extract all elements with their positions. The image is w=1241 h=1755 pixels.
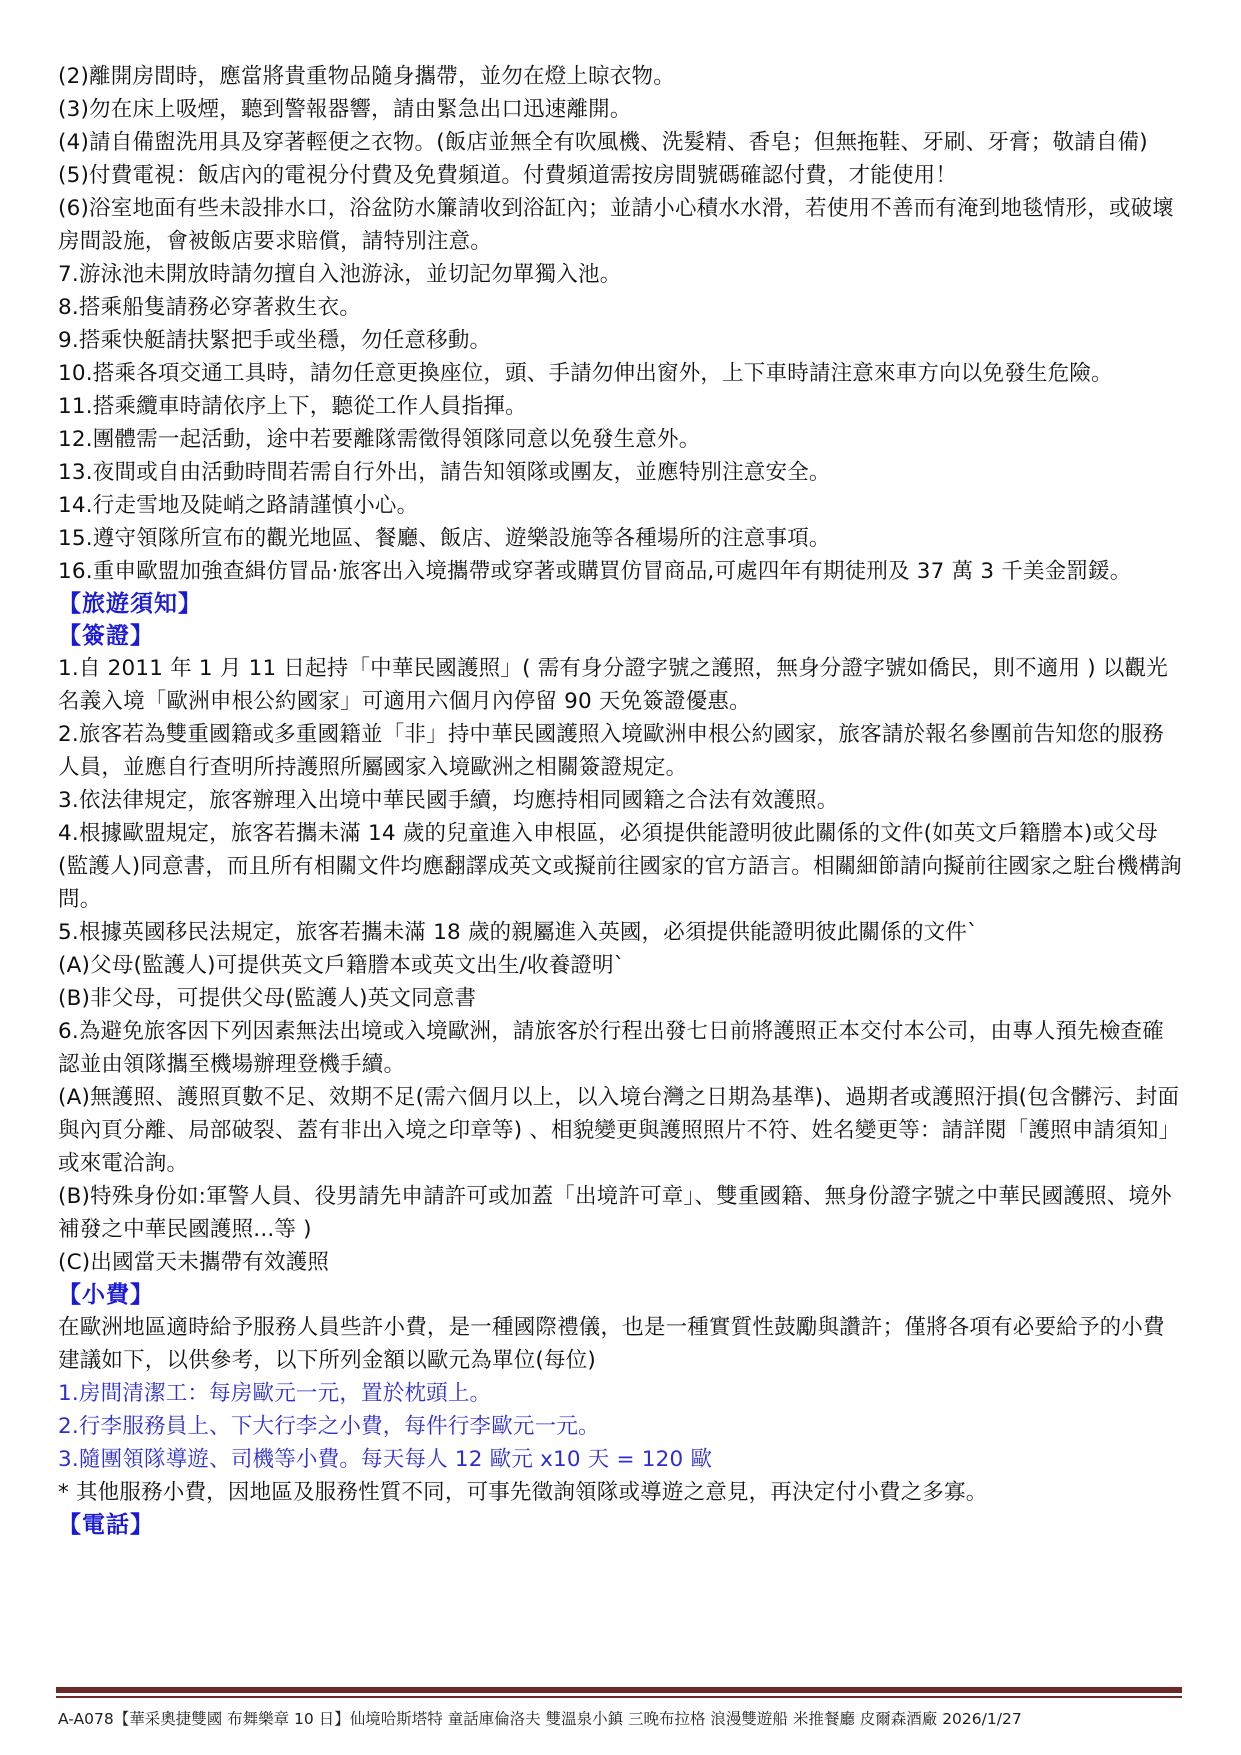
safety-rules-section: 7.游泳池未開放時請勿擅自入池游泳，並切記勿單獨入池。 8.搭乘船隻請務必穿著救…: [58, 258, 1183, 588]
document-page: (2)離開房間時，應當將貴重物品隨身攜帶，並勿在燈上晾衣物。 (3)勿在床上吸煙…: [58, 60, 1183, 1541]
visa-item: 1.自 2011 年 1 月 11 日起持「中華民國護照」( 需有身分證字號之護…: [58, 652, 1183, 718]
hotel-rule: (5)付費電視：飯店內的電視分付費及免費頻道。付費頻道需按房間號碼確認付費，才能…: [58, 159, 1183, 192]
safety-rule: 16.重申歐盟加強查緝仿冒品‧旅客出入境攜帶或穿著或購買仿冒商品,可處四年有期徒…: [58, 555, 1183, 588]
safety-rule: 13.夜間或自由活動時間若需自行外出，請告知領隊或團友，並應特別注意安全。: [58, 456, 1183, 489]
safety-rule: 15.遵守領隊所宣布的觀光地區、餐廳、飯店、遊樂設施等各種場所的注意事項。: [58, 522, 1183, 555]
footer-divider-thin: [56, 1696, 1182, 1698]
visa-item: 6.為避免旅客因下列因素無法出境或入境歐洲，請旅客於行程出發七日前將護照正本交付…: [58, 1015, 1183, 1081]
tip-item: 3.隨團領隊導遊、司機等小費。每天每人 12 歐元 x10 天 = 120 歐: [58, 1443, 1183, 1476]
tips-note: * 其他服務小費，因地區及服務性質不同，可事先徵詢領隊或導遊之意見，再決定付小費…: [58, 1476, 1183, 1509]
visa-heading: 【簽證】: [58, 620, 1183, 652]
visa-item: (A)無護照、護照頁數不足、效期不足(需六個月以上，以入境台灣之日期為基準)、過…: [58, 1081, 1183, 1180]
safety-rule: 9.搭乘快艇請扶緊把手或坐穩，勿任意移動。: [58, 324, 1183, 357]
visa-item: (A)父母(監護人)可提供英文戶籍謄本或英文出生/收養證明`: [58, 949, 1183, 982]
safety-rule: 10.搭乘各項交通工具時，請勿任意更換座位，頭、手請勿伸出窗外，上下車時請注意來…: [58, 357, 1183, 390]
visa-item: (C)出國當天未攜帶有效護照: [58, 1246, 1183, 1279]
visa-item: (B)非父母，可提供父母(監護人)英文同意書: [58, 982, 1183, 1015]
tips-intro: 在歐洲地區適時給予服務人員些許小費，是一種國際禮儀，也是一種實質性鼓勵與讚許；僅…: [58, 1311, 1183, 1377]
hotel-rule: (3)勿在床上吸煙，聽到警報器響，請由緊急出口迅速離開。: [58, 93, 1183, 126]
phone-heading: 【電話】: [58, 1509, 1183, 1541]
footer-divider: [56, 1687, 1182, 1693]
visa-item: 2.旅客若為雙重國籍或多重國籍並「非」持中華民國護照入境歐洲申根公約國家，旅客請…: [58, 718, 1183, 784]
travel-notice-heading: 【旅遊須知】: [58, 588, 1183, 620]
tips-heading: 【小費】: [58, 1279, 1183, 1311]
hotel-rules-section: (2)離開房間時，應當將貴重物品隨身攜帶，並勿在燈上晾衣物。 (3)勿在床上吸煙…: [58, 60, 1183, 258]
visa-item: 3.依法律規定，旅客辦理入出境中華民國手續，均應持相同國籍之合法有效護照。: [58, 784, 1183, 817]
hotel-rule: (2)離開房間時，應當將貴重物品隨身攜帶，並勿在燈上晾衣物。: [58, 60, 1183, 93]
safety-rule: 7.游泳池未開放時請勿擅自入池游泳，並切記勿單獨入池。: [58, 258, 1183, 291]
tips-section: 在歐洲地區適時給予服務人員些許小費，是一種國際禮儀，也是一種實質性鼓勵與讚許；僅…: [58, 1311, 1183, 1509]
visa-section: 1.自 2011 年 1 月 11 日起持「中華民國護照」( 需有身分證字號之護…: [58, 652, 1183, 1279]
visa-item: 4.根據歐盟規定，旅客若攜未滿 14 歲的兒童進入申根區，必須提供能證明彼此關係…: [58, 817, 1183, 916]
footer-tour-info: A-A078【華采奧捷雙國 布舞樂章 10 日】仙境哈斯塔特 童話庫倫洛夫 雙溫…: [58, 1708, 1188, 1730]
hotel-rule: (4)請自備盥洗用具及穿著輕便之衣物。(飯店並無全有吹風機、洗髮精、香皂；但無拖…: [58, 126, 1183, 159]
visa-item: 5.根據英國移民法規定，旅客若攜未滿 18 歲的親屬進入英國，必須提供能證明彼此…: [58, 916, 1183, 949]
safety-rule: 14.行走雪地及陡峭之路請謹慎小心。: [58, 489, 1183, 522]
safety-rule: 8.搭乘船隻請務必穿著救生衣。: [58, 291, 1183, 324]
tip-item: 1.房間清潔工：每房歐元一元，置於枕頭上。: [58, 1377, 1183, 1410]
tip-item: 2.行李服務員上、下大行李之小費，每件行李歐元一元。: [58, 1410, 1183, 1443]
safety-rule: 12.團體需一起活動，途中若要離隊需徵得領隊同意以免發生意外。: [58, 423, 1183, 456]
hotel-rule: (6)浴室地面有些未設排水口，浴盆防水簾請收到浴缸內；並請小心積水水滑，若使用不…: [58, 192, 1183, 258]
safety-rule: 11.搭乘纜車時請依序上下，聽從工作人員指揮。: [58, 390, 1183, 423]
visa-item: (B)特殊身份如:軍警人員、役男請先申請許可或加蓋「出境許可章」、雙重國籍、無身…: [58, 1180, 1183, 1246]
